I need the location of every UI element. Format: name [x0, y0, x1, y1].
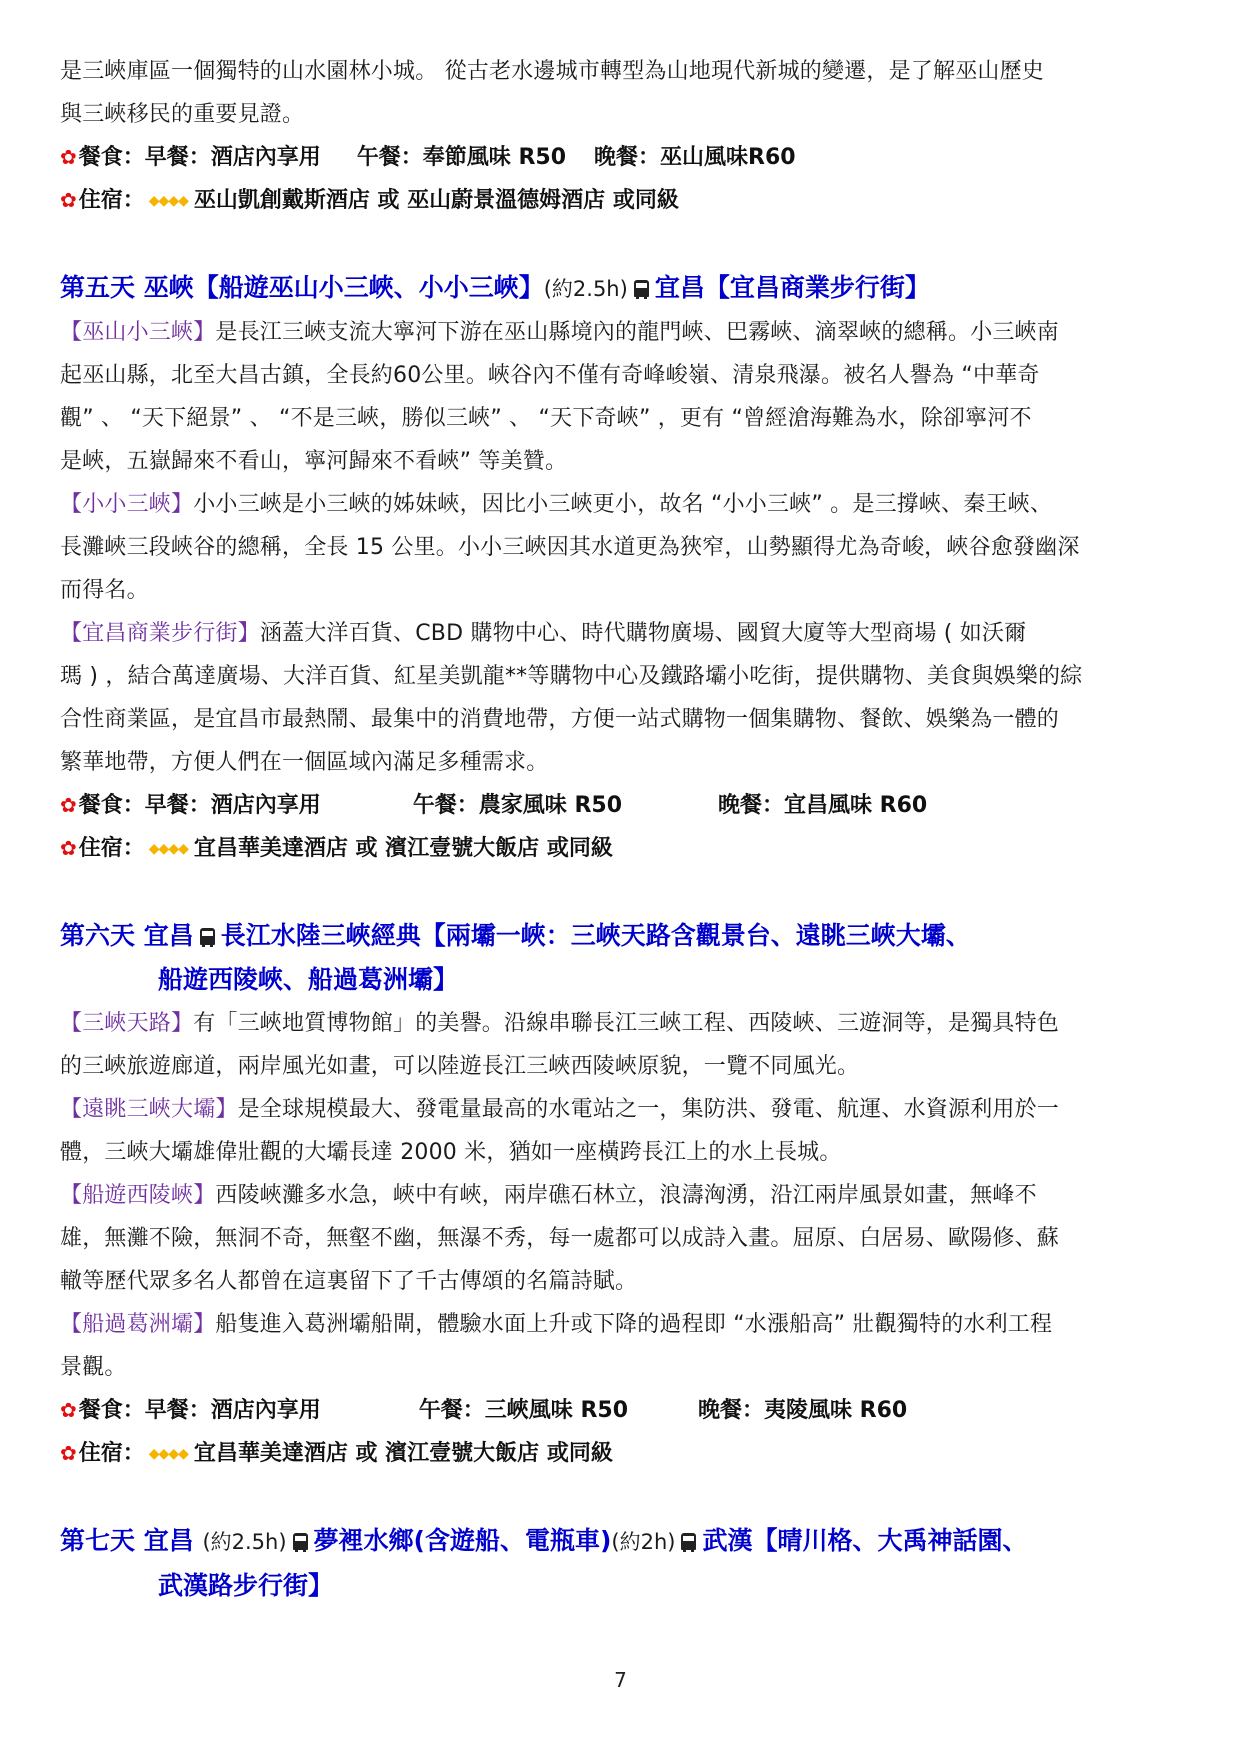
section-line: 起巫山縣，北至大昌古鎮，全長約60公里。峽谷內不僅有奇峰峻嶺、清泉飛瀑。被名人譽…	[60, 354, 1190, 397]
section-title: 【三峽天路】	[60, 1011, 193, 1036]
flower-icon: ✿	[60, 1398, 77, 1422]
section-title: 【遠眺三峽大壩】	[60, 1097, 238, 1122]
flower-icon: ✿	[60, 188, 77, 212]
hotel-list: 宜昌華美達酒店 或 濱江壹號大飯店 或同級	[194, 1441, 613, 1466]
section-line: 【遠眺三峽大壩】是全球規模最大、發電量最高的水電站之一，集防洪、發電、航運、水資…	[60, 1088, 1190, 1131]
breakfast: 早餐：酒店內享用	[145, 145, 321, 170]
section-line: 【巫山小三峽】是長江三峽支流大寧河下游在巫山縣境內的龍門峽、巴霧峽、滴翠峽的總稱…	[60, 311, 1190, 354]
section-line: 合性商業區，是宜昌市最熱鬧、最集中的消費地帶，方便一站式購物一個集購物、餐飲、娛…	[60, 698, 1190, 741]
stay-row: ✿住宿：◆◆◆◆巫山凱創戴斯酒店 或 巫山蔚景溫德姆酒店 或同級	[60, 179, 1190, 223]
day6-heading: 第六天 宜昌長江水陸三峽經典【兩壩一峽：三峽天路含觀景台、遠眺三峽大壩、	[60, 914, 1190, 958]
meal-row: ✿餐食：早餐：酒店內享用午餐：農家風味 R50晚餐：宜昌風味 R60	[60, 784, 1190, 827]
section-line: 【船過葛洲壩】船隻進入葛洲壩船閘，體驗水面上升或下降的過程即 “水漲船高” 壯觀…	[60, 1303, 1190, 1346]
meal-row: ✿餐食：早餐：酒店內享用午餐：三峽風味 R50晚餐：夷陵風味 R60	[60, 1389, 1190, 1432]
hotel-list: 巫山凱創戴斯酒店 或 巫山蔚景溫德姆酒店 或同級	[194, 188, 679, 213]
section-title: 【船過葛洲壩】	[60, 1312, 215, 1337]
section-title: 【宜昌商業步行街】	[60, 621, 260, 646]
diamond-rating-icon: ◆◆◆◆	[149, 841, 188, 857]
section-line: 體，三峽大壩雄偉壯觀的大壩長達 2000 米，猶如一座橫跨長江上的水上長城。	[60, 1131, 1190, 1174]
section-line: 【宜昌商業步行街】涵蓋大洋百貨、CBD 購物中心、時代購物廣場、國貿大廈等大型商…	[60, 612, 1190, 655]
stay-row: ✿住宿：◆◆◆◆宜昌華美達酒店 或 濱江壹號大飯店 或同級	[60, 827, 1190, 871]
lunch: 午餐：農家風味 R50	[413, 793, 622, 818]
section-line: 繁華地帶，方便人們在一個區域內滿足多種需求。	[60, 741, 1190, 784]
document-page: 是三峽庫區一個獨特的山水園林小城。 從古老水邊城市轉型為山地現代新城的變遷，是了…	[60, 50, 1190, 1608]
day7-heading-cont: 武漢路步行街】	[60, 1564, 1190, 1608]
flower-icon: ✿	[60, 1441, 77, 1465]
section-line: 而得名。	[60, 569, 1190, 612]
section-title: 【小小三峽】	[60, 492, 193, 517]
flower-icon: ✿	[60, 836, 77, 860]
breakfast: 早餐：酒店內享用	[145, 793, 321, 818]
lunch: 午餐：奉節風味 R50	[357, 145, 566, 170]
section-line: 瑪 ) ，結合萬達廣場、大洋百貨、紅星美凱龍**等購物中心及鐵路壩小吃街，提供購…	[60, 655, 1190, 698]
flower-icon: ✿	[60, 145, 77, 169]
duration: (約2.5h)	[544, 277, 628, 301]
intro-line: 是三峽庫區一個獨特的山水園林小城。 從古老水邊城市轉型為山地現代新城的變遷，是了…	[60, 50, 1190, 93]
intro-line: 與三峽移民的重要見證。	[60, 93, 1190, 136]
bus-icon	[200, 928, 215, 945]
breakfast: 早餐：酒店內享用	[145, 1398, 321, 1423]
day5-heading: 第五天 巫峽【船遊巫山小三峽、小小三峽】(約2.5h)宜昌【宜昌商業步行街】	[60, 266, 1190, 311]
dinner: 晚餐：巫山風味R60	[594, 145, 796, 170]
diamond-rating-icon: ◆◆◆◆	[149, 193, 188, 209]
section-title: 【船遊西陵峽】	[60, 1183, 215, 1208]
page-number: 7	[0, 1668, 1241, 1692]
lunch: 午餐：三峽風味 R50	[419, 1398, 628, 1423]
flower-icon: ✿	[60, 793, 77, 817]
dinner: 晚餐：宜昌風味 R60	[718, 793, 927, 818]
section-line: 雄，無灘不險，無洞不奇，無壑不幽，無瀑不秀，每一處都可以成詩入畫。屈原、白居易、…	[60, 1217, 1190, 1260]
section-line: 的三峽旅遊廊道，兩岸風光如畫，可以陸遊長江三峽西陵峽原貌，一覽不同風光。	[60, 1045, 1190, 1088]
diamond-rating-icon: ◆◆◆◆	[149, 1446, 188, 1462]
section-line: 長灘峽三段峽谷的總稱，全長 15 公里。小小三峽因其水道更為狹窄，山勢顯得尤為奇…	[60, 526, 1190, 569]
bus-icon	[681, 1533, 696, 1550]
hotel-list: 宜昌華美達酒店 或 濱江壹號大飯店 或同級	[194, 836, 613, 861]
duration: (約2.5h)	[202, 1530, 286, 1554]
duration: (約2h)	[611, 1530, 675, 1554]
section-title: 【巫山小三峽】	[60, 320, 215, 345]
dinner: 晚餐：夷陵風味 R60	[698, 1398, 907, 1423]
section-line: 景觀。	[60, 1346, 1190, 1389]
section-line: 是峽，五嶽歸來不看山，寧河歸來不看峽” 等美贊。	[60, 440, 1190, 483]
section-line: 【小小三峽】小小三峽是小三峽的姊妹峽，因比小三峽更小，故名 “小小三峽” 。是三…	[60, 483, 1190, 526]
day6-heading-cont: 船遊西陵峽、船過葛洲壩】	[60, 958, 1190, 1002]
section-line: 觀” 、 “天下絕景” 、 “不是三峽，勝似三峽” 、 “天下奇峽” ，更有 “…	[60, 397, 1190, 440]
section-line: 【三峽天路】有「三峽地質博物館」的美譽。沿線串聯長江三峽工程、西陵峽、三遊洞等，…	[60, 1002, 1190, 1045]
stay-row: ✿住宿：◆◆◆◆宜昌華美達酒店 或 濱江壹號大飯店 或同級	[60, 1432, 1190, 1476]
bus-icon	[634, 280, 649, 297]
day7-heading: 第七天 宜昌 (約2.5h)夢裡水鄉(含遊船、電瓶車)(約2h)武漢【晴川格、大…	[60, 1519, 1190, 1564]
section-line: 【船遊西陵峽】西陵峽灘多水急，峽中有峽，兩岸礁石林立，浪濤洶湧，沿江兩岸風景如畫…	[60, 1174, 1190, 1217]
section-line: 轍等歷代眾多名人都曾在這裏留下了千古傳頌的名篇詩賦。	[60, 1260, 1190, 1303]
bus-icon	[293, 1533, 308, 1550]
meal-row: ✿餐食：早餐：酒店內享用午餐：奉節風味 R50晚餐：巫山風味R60	[60, 136, 1190, 179]
